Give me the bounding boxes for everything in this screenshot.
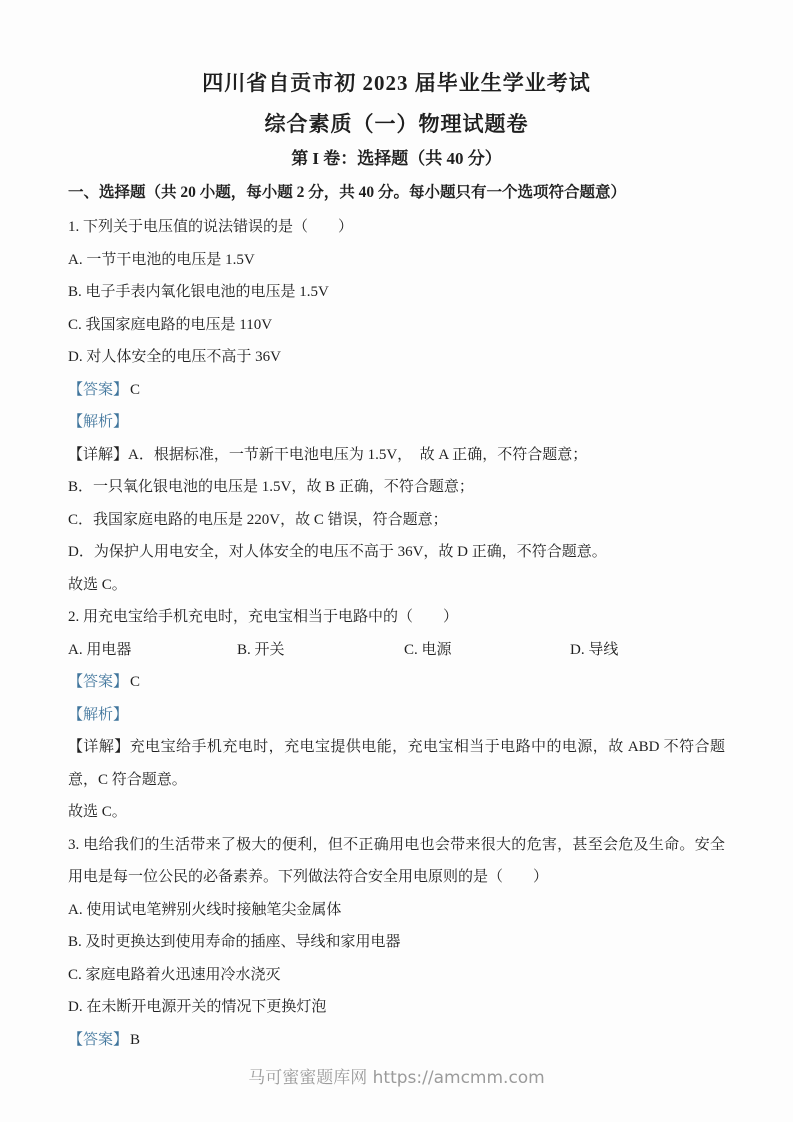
question-option-b: B. 电子手表内氧化银电池的电压是 1.5V <box>68 276 725 309</box>
detail-line: C．我国家庭电路的电压是 220V，故 C 错误，符合题意； <box>68 504 725 537</box>
analysis-label: 【解析】 <box>68 707 128 723</box>
detail-line: B．一只氧化银电池的电压是 1.5V，故 B 正确，不符合题意； <box>68 471 725 504</box>
section-instructions: 一、选择题（共 20 小题，每小题 2 分，共 40 分。每小题只有一个选项符合… <box>68 181 725 205</box>
paper-subtitle: 综合素质（一）物理试题卷 <box>68 111 725 137</box>
question-block-2: 2. 用充电宝给手机充电时，充电宝相当于电路中的（ ） A. 用电器 B. 开关… <box>68 601 725 829</box>
question-block-3: 3. 电给我们的生活带来了极大的便利，但不正确用电也会带来很大的危害，甚至会危及… <box>68 829 725 1057</box>
answer-line: 【答案】B <box>68 1024 725 1057</box>
answer-line: 【答案】C <box>68 666 725 699</box>
analysis-line: 【解析】 <box>68 699 725 732</box>
detail-label: 【详解】 <box>68 447 128 463</box>
question-option-b: B. 开关 <box>237 634 404 667</box>
question-stem: 2. 用充电宝给手机充电时，充电宝相当于电路中的（ ） <box>68 601 725 634</box>
question-option-a: A. 用电器 <box>68 634 237 667</box>
detail-line: 【详解】A．根据标准，一节新干电池电压为 1.5V， 故 A 正确，不符合题意； <box>68 439 725 472</box>
answer-value: C <box>128 382 140 398</box>
watermark-footer: 马可蜜蜜题库网 https://amcmm.com <box>0 1066 793 1090</box>
paper-title: 四川省自贡市初 2023 届毕业生学业考试 <box>68 70 725 96</box>
detail-line: 【详解】充电宝给手机充电时，充电宝提供电能，充电宝相当于电路中的电源，故 ABD… <box>68 731 725 796</box>
question-option-d: D. 导线 <box>570 634 725 667</box>
question-stem: 3. 电给我们的生活带来了极大的便利，但不正确用电也会带来很大的危害，甚至会危及… <box>68 829 725 894</box>
detail-line: D．为保护人用电安全，对人体安全的电压不高于 36V，故 D 正确，不符合题意。 <box>68 536 725 569</box>
answer-label: 【答案】 <box>68 674 128 690</box>
answer-label: 【答案】 <box>68 382 128 398</box>
exam-paper-page: 四川省自贡市初 2023 届毕业生学业考试 综合素质（一）物理试题卷 第 I 卷… <box>0 0 793 1122</box>
question-option-d: D. 对人体安全的电压不高于 36V <box>68 341 725 374</box>
question-block-1: 1. 下列关于电压值的说法错误的是（ ） A. 一节干电池的电压是 1.5V B… <box>68 211 725 601</box>
answer-value: C <box>128 674 140 690</box>
detail-text: A．根据标准，一节新干电池电压为 1.5V， 故 A 正确，不符合题意； <box>128 447 587 463</box>
answer-label: 【答案】 <box>68 1032 128 1048</box>
question-option-b: B. 及时更换达到使用寿命的插座、导线和家用电器 <box>68 926 725 959</box>
analysis-label: 【解析】 <box>68 414 128 430</box>
analysis-line: 【解析】 <box>68 406 725 439</box>
question-option-c: C. 我国家庭电路的电压是 110V <box>68 309 725 342</box>
question-option-a: A. 使用试电笔辨别火线时接触笔尖金属体 <box>68 894 725 927</box>
detail-conclusion: 故选 C。 <box>68 796 725 829</box>
detail-text: 充电宝给手机充电时，充电宝提供电能，充电宝相当于电路中的电源，故 ABD 不符合… <box>68 739 725 788</box>
questions-area: 1. 下列关于电压值的说法错误的是（ ） A. 一节干电池的电压是 1.5V B… <box>68 211 725 1056</box>
question-option-a: A. 一节干电池的电压是 1.5V <box>68 244 725 277</box>
detail-label: 【详解】 <box>68 739 130 755</box>
question-option-c: C. 电源 <box>404 634 570 667</box>
answer-value: B <box>128 1032 140 1048</box>
question-option-c: C. 家庭电路着火迅速用冷水浇灭 <box>68 959 725 992</box>
section-title: 第 I 卷：选择题（共 40 分） <box>68 147 725 171</box>
question-options-row: A. 用电器 B. 开关 C. 电源 D. 导线 <box>68 634 725 667</box>
detail-conclusion: 故选 C。 <box>68 569 725 602</box>
answer-line: 【答案】C <box>68 374 725 407</box>
question-stem: 1. 下列关于电压值的说法错误的是（ ） <box>68 211 725 244</box>
question-option-d: D. 在未断开电源开关的情况下更换灯泡 <box>68 991 725 1024</box>
